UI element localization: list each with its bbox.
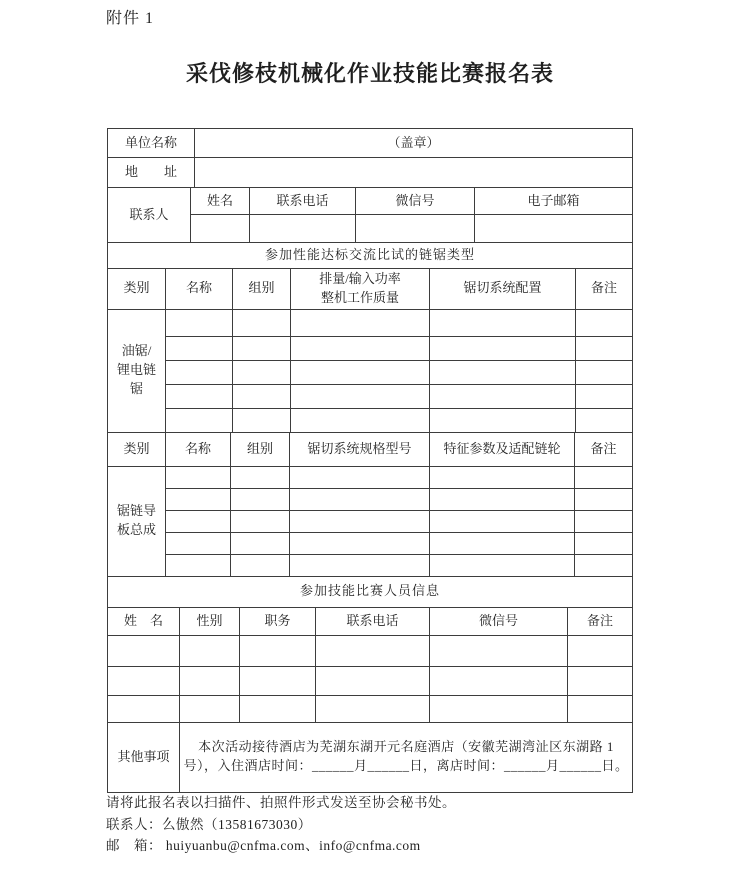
chainsaw-header-power: 排量/输入功率 整机工作质量	[291, 269, 430, 310]
personnel-header-position: 职务	[240, 607, 316, 635]
personnel-header-remark: 备注	[568, 607, 633, 635]
contact-label: 联系人	[108, 188, 191, 243]
other-matters-text: 本次活动接待酒店为芜湖东湖开元名庭酒店（安徽芜湖湾沚区东湖路 1 号），入住酒店…	[180, 722, 633, 792]
empty-cell	[180, 635, 240, 666]
contact-header-phone: 联系电话	[250, 188, 356, 215]
empty-cell	[430, 532, 575, 554]
empty-cell	[430, 408, 576, 432]
empty-cell	[166, 554, 231, 576]
empty-cell	[430, 309, 576, 336]
personnel-section-title-row: 参加技能比赛人员信息	[107, 576, 633, 608]
empty-cell	[568, 666, 633, 695]
footer-note-send: 请将此报名表以扫描件、拍照件形式发送至协会秘书处。	[106, 792, 456, 814]
empty-cell	[430, 384, 576, 408]
empty-cell	[250, 215, 356, 243]
personnel-header-gender: 性别	[180, 607, 240, 635]
registration-table: 单位名称 （盖章） 地 址 联系人 姓名 联系电话 微信号 电子邮箱	[107, 128, 633, 793]
footer-note-email: 邮 箱： huiyuanbu@cnfma.com、info@cnfma.com	[106, 835, 456, 857]
empty-cell	[231, 510, 290, 532]
chainsaw-section-title-row: 参加性能达标交流比试的链锯类型	[107, 242, 633, 269]
empty-cell	[108, 635, 180, 666]
empty-cell	[316, 666, 430, 695]
empty-cell	[430, 510, 575, 532]
empty-cell	[290, 488, 430, 510]
empty-cell	[316, 635, 430, 666]
chainsaw-section-title: 参加性能达标交流比试的链锯类型	[108, 243, 633, 269]
empty-cell	[231, 488, 290, 510]
guidebar-category-label: 锯链导 板总成	[108, 466, 166, 576]
empty-cell	[180, 666, 240, 695]
page-title: 采伐修枝机械化作业技能比赛报名表	[0, 57, 740, 88]
unit-name-value-cell: （盖章）	[195, 129, 633, 158]
empty-cell	[430, 360, 576, 384]
empty-cell	[430, 695, 568, 722]
document-page: 附件 1 采伐修枝机械化作业技能比赛报名表 单位名称 （盖章） 地 址 联系人 …	[0, 0, 740, 870]
chainsaw-header-remark: 备注	[576, 269, 633, 310]
empty-cell	[166, 510, 231, 532]
contact-header-email: 电子邮箱	[475, 188, 633, 215]
guidebar-section: 类别 名称 组别 锯切系统规格型号 特征参数及适配链轮 备注 锯链导 板总成	[107, 432, 633, 577]
empty-cell	[575, 466, 633, 488]
personnel-header-phone: 联系电话	[316, 607, 430, 635]
empty-cell	[231, 554, 290, 576]
empty-cell	[575, 532, 633, 554]
chainsaw-header-category: 类别	[108, 269, 166, 310]
chainsaw-header-group: 组别	[233, 269, 291, 310]
empty-cell	[575, 554, 633, 576]
personnel-section: 姓 名 性别 职务 联系电话 微信号 备注	[107, 607, 633, 723]
address-value-cell	[195, 158, 633, 188]
empty-cell	[240, 695, 316, 722]
unit-address-section: 单位名称 （盖章） 地 址	[107, 128, 633, 188]
other-matters-label: 其他事项	[108, 722, 180, 792]
guidebar-header-param: 特征参数及适配链轮	[430, 432, 575, 466]
empty-cell	[576, 336, 633, 360]
attachment-label: 附件 1	[106, 5, 154, 28]
guidebar-header-group: 组别	[231, 432, 290, 466]
unit-name-label: 单位名称	[108, 129, 195, 158]
footer-note-contact: 联系人：么傲然（13581673030）	[106, 814, 456, 836]
contact-section: 联系人 姓名 联系电话 微信号 电子邮箱	[107, 187, 633, 243]
empty-cell	[166, 466, 231, 488]
empty-cell	[576, 408, 633, 432]
empty-cell	[166, 384, 233, 408]
empty-cell	[290, 532, 430, 554]
chainsaw-header-sawsystem: 锯切系统配置	[430, 269, 576, 310]
empty-cell	[240, 666, 316, 695]
empty-cell	[576, 360, 633, 384]
other-matters-section: 其他事项 本次活动接待酒店为芜湖东湖开元名庭酒店（安徽芜湖湾沚区东湖路 1 号）…	[107, 722, 633, 793]
empty-cell	[290, 466, 430, 488]
empty-cell	[575, 510, 633, 532]
empty-cell	[430, 488, 575, 510]
address-label: 地 址	[108, 158, 195, 188]
empty-cell	[475, 215, 633, 243]
guidebar-header-remark: 备注	[575, 432, 633, 466]
empty-cell	[108, 666, 180, 695]
empty-cell	[233, 336, 291, 360]
empty-cell	[166, 408, 233, 432]
empty-cell	[166, 488, 231, 510]
guidebar-header-name: 名称	[166, 432, 231, 466]
chainsaw-category-label: 油锯/ 锂电链 锯	[108, 309, 166, 432]
empty-cell	[291, 408, 430, 432]
personnel-section-title: 参加技能比赛人员信息	[108, 576, 633, 607]
guidebar-header-category: 类别	[108, 432, 166, 466]
empty-cell	[166, 309, 233, 336]
empty-cell	[430, 554, 575, 576]
empty-cell	[233, 309, 291, 336]
empty-cell	[166, 336, 233, 360]
empty-cell	[291, 384, 430, 408]
empty-cell	[240, 635, 316, 666]
contact-header-wechat: 微信号	[356, 188, 475, 215]
empty-cell	[231, 466, 290, 488]
empty-cell	[356, 215, 475, 243]
empty-cell	[166, 360, 233, 384]
empty-cell	[180, 695, 240, 722]
seal-hint: （盖章）	[387, 135, 439, 150]
empty-cell	[576, 384, 633, 408]
empty-cell	[576, 309, 633, 336]
empty-cell	[430, 466, 575, 488]
empty-cell	[430, 666, 568, 695]
guidebar-header-spec: 锯切系统规格型号	[290, 432, 430, 466]
empty-cell	[233, 408, 291, 432]
empty-cell	[568, 635, 633, 666]
empty-cell	[291, 336, 430, 360]
empty-cell	[290, 554, 430, 576]
chainsaw-section: 类别 名称 组别 排量/输入功率 整机工作质量 锯切系统配置 备注 油锯/ 锂电…	[107, 268, 633, 433]
empty-cell	[568, 695, 633, 722]
footer-notes: 请将此报名表以扫描件、拍照件形式发送至协会秘书处。 联系人：么傲然（135816…	[106, 792, 456, 857]
empty-cell	[430, 336, 576, 360]
chainsaw-header-name: 名称	[166, 269, 233, 310]
empty-cell	[231, 532, 290, 554]
personnel-header-name: 姓 名	[108, 607, 180, 635]
empty-cell	[316, 695, 430, 722]
empty-cell	[430, 635, 568, 666]
empty-cell	[166, 532, 231, 554]
empty-cell	[233, 360, 291, 384]
empty-cell	[191, 215, 250, 243]
empty-cell	[291, 309, 430, 336]
empty-cell	[233, 384, 291, 408]
contact-header-name: 姓名	[191, 188, 250, 215]
empty-cell	[575, 488, 633, 510]
personnel-header-wechat: 微信号	[430, 607, 568, 635]
empty-cell	[291, 360, 430, 384]
empty-cell	[108, 695, 180, 722]
empty-cell	[290, 510, 430, 532]
